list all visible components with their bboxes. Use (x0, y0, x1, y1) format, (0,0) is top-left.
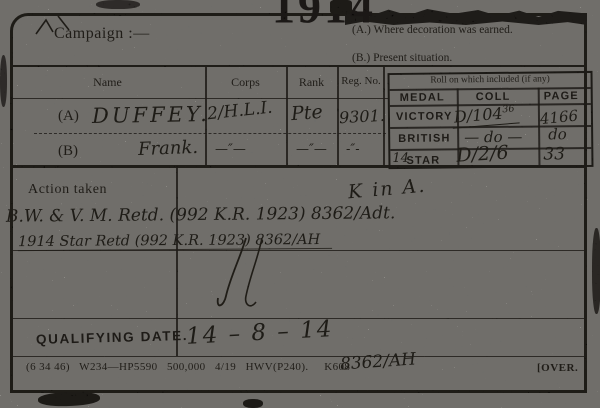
row-separator (34, 133, 386, 134)
roll-reference-box: Roll on which included (if any) MEDAL CO… (388, 71, 594, 169)
roll-box-title: Roll on which included (if any) (390, 74, 591, 86)
table-top-rule (10, 65, 587, 67)
action-bottom-rule (10, 250, 587, 251)
victory-roll-main: D/104 (453, 104, 503, 127)
medal-label-star: STAR (406, 155, 440, 167)
scan-smudge (243, 399, 263, 408)
corps-ditto: —″— (215, 142, 246, 157)
reg-no-value: 9301. (339, 106, 386, 127)
victory-roll-value: D/10436 (451, 102, 519, 128)
row-b-label: (B) (58, 143, 78, 160)
scan-smudge (592, 228, 600, 314)
pen-stroke-flourish (200, 236, 280, 316)
forename-value: Frank. (138, 137, 199, 160)
campaign-label: Campaign :— (54, 25, 150, 43)
roll-header-page: PAGE (544, 90, 579, 102)
print-code: (6 34 46) W234—HP5590 500,000 4/19 HWV(P… (26, 361, 350, 373)
british-page-value: do (548, 125, 567, 143)
table-header-rule (12, 98, 388, 99)
header-reg-no: Reg. No. (337, 75, 385, 87)
medal-index-card: Campaign :— 1914 (A.) Where decoration w… (0, 0, 600, 408)
star-page-value: 33 (543, 144, 565, 164)
header-rank: Rank (286, 75, 337, 90)
note-where-earned: (A.) Where decoration was earned. (352, 24, 513, 36)
scan-smudge (38, 391, 100, 407)
row-a-label: (A) (58, 108, 79, 125)
roll-header-medal: MEDAL (400, 91, 445, 103)
victory-roll-sup: 36 (502, 103, 515, 115)
footer-top-rule (10, 356, 587, 357)
header-corps: Corps (205, 75, 286, 90)
action-line-1: B.W. & V. M. Retd. (992 K.R. 1923) 8362/… (6, 203, 396, 226)
scan-smudge (0, 55, 7, 107)
over-note: [OVER. (537, 362, 578, 374)
medal-label-british: BRITISH (398, 132, 451, 145)
scan-dark-band (345, 9, 587, 25)
rank-ditto: —″— (296, 142, 327, 157)
reg-no-ditto: -″- (346, 142, 360, 157)
action-taken-label: Action taken (28, 182, 107, 198)
scan-smudge (96, 0, 140, 9)
star-roll-value: D/2/6 (456, 141, 509, 166)
header-name: Name (10, 75, 205, 90)
roll-header-coll: COLL (476, 91, 511, 103)
note-present-situation: (B.) Present situation. (352, 52, 452, 64)
scan-smudge (330, 0, 352, 14)
surname-value: DUFFEY. (92, 102, 210, 128)
medal-label-victory: VICTORY (396, 110, 453, 123)
rank-value: Pte (290, 101, 323, 125)
